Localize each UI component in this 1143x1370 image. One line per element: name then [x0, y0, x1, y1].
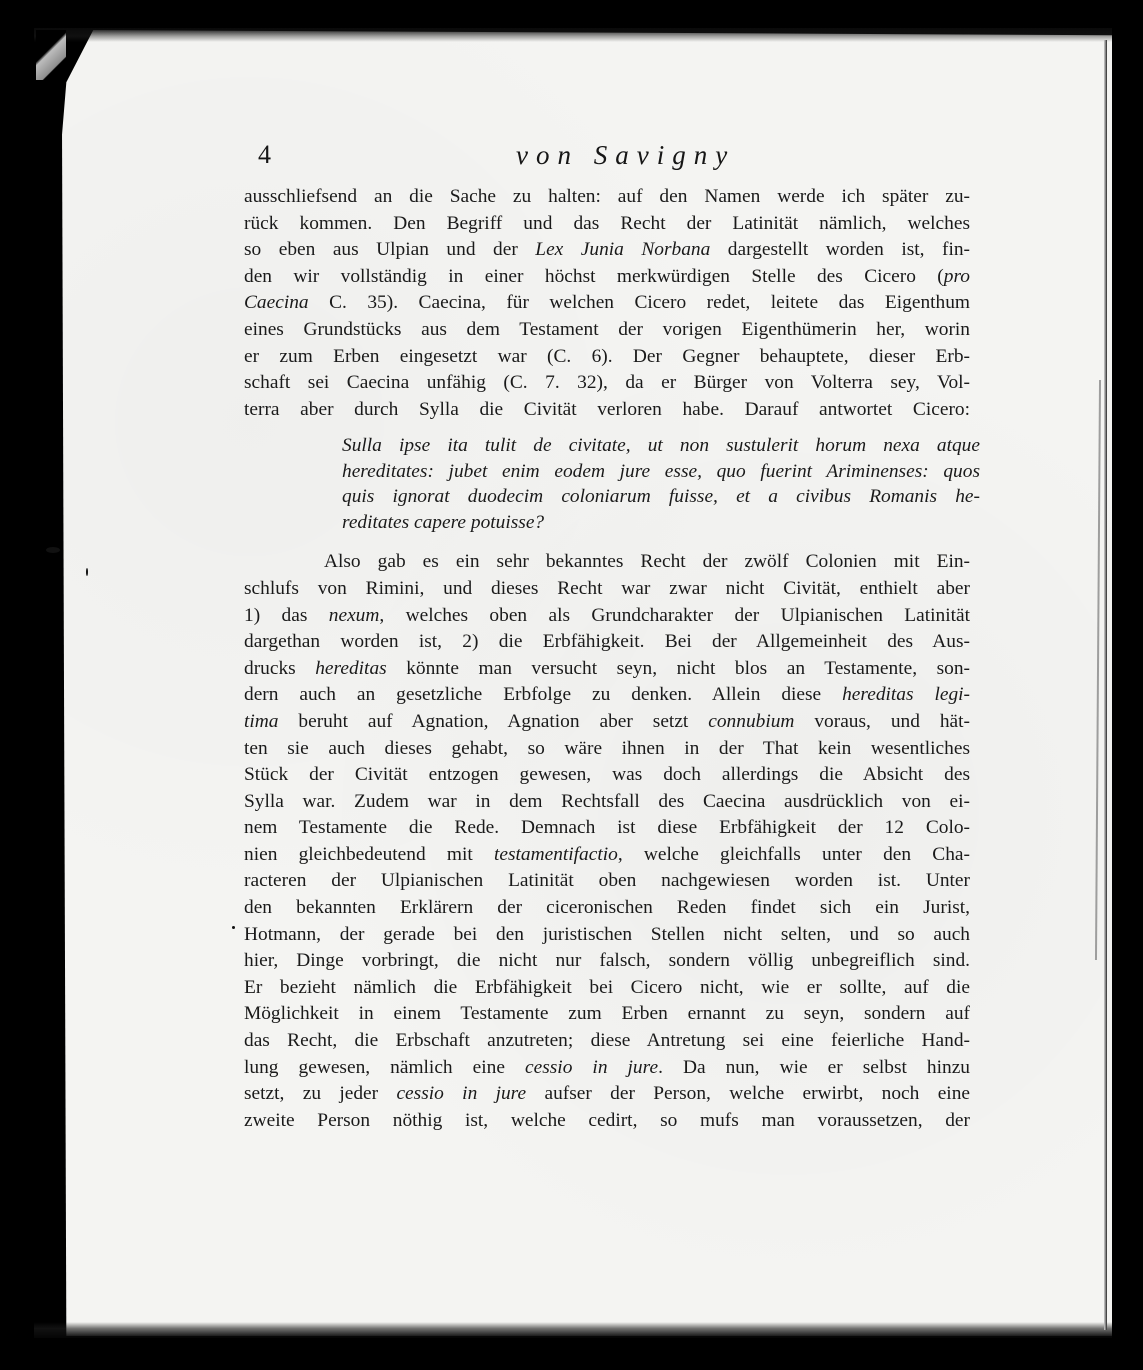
text-line: eines Grundstücks aus dem Testament der … [244, 317, 970, 344]
text-line: er zum Erben eingesetzt war (C. 6). Der … [244, 344, 970, 371]
page-right-edge [1104, 40, 1107, 1330]
text-line: reditates capere potuisse? [342, 510, 980, 536]
text-line: Caecina C. 35). Caecina, für welchen Cic… [244, 290, 970, 317]
text-line: ausschliefsend an die Sache zu halten: a… [244, 184, 970, 211]
ink-speck [86, 568, 88, 576]
text-line: nem Testamente die Rede. Demnach ist die… [244, 815, 970, 842]
text-line: Sylla war. Zudem war in dem Rechtsfall d… [244, 789, 970, 816]
running-head: von Savigny [516, 140, 735, 171]
text-line: so eben aus Ulpian und der Lex Junia Nor… [244, 237, 970, 264]
text-line: schaft sei Caecina unfähig (C. 7. 32), d… [244, 370, 970, 397]
ink-speck [232, 926, 235, 929]
text-line: tima beruht auf Agnation, Agnation aber … [244, 709, 970, 736]
latin-quotation: Sulla ipse ita tulit de civitate, ut non… [342, 433, 980, 535]
text-line: quis ignorat duodecim coloniarum fuisse,… [342, 484, 980, 510]
text-line: drucks hereditas könnte man versucht sey… [244, 656, 970, 683]
text-line: lung gewesen, nämlich eine cessio in jur… [244, 1055, 970, 1082]
text-line: dern auch an gesetzliche Erbfolge zu den… [244, 682, 970, 709]
text-line: hereditates: jubet enim eodem jure esse,… [342, 459, 980, 485]
text-line: zweite Person nöthig ist, welche cedirt,… [244, 1108, 970, 1135]
body-text: ausschliefsend an die Sache zu halten: a… [244, 184, 970, 1134]
text-line: terra aber durch Sylla die Civität verlo… [244, 397, 970, 424]
text-line: racteren der Ulpianischen Latinität oben… [244, 868, 970, 895]
text-line: ten sie auch dieses gehabt, so wäre ihne… [244, 736, 970, 763]
text-line: dargethan worden ist, 2) die Erbfähigkei… [244, 629, 970, 656]
text-line: nien gleichbedeutend mit testamentifacti… [244, 842, 970, 869]
page-top-shadow [34, 28, 1112, 42]
ink-blot [46, 547, 60, 553]
text-line: Sulla ipse ita tulit de civitate, ut non… [342, 433, 980, 459]
text-line: das Recht, die Erbschaft anzutreten; die… [244, 1028, 970, 1055]
text-line: Möglichkeit in einem Testamente zum Erbe… [244, 1001, 970, 1028]
text-line: den bekannten Erklärern der ciceronische… [244, 895, 970, 922]
paragraph-2: Also gab es ein sehr bekanntes Recht der… [244, 549, 970, 1134]
text-line: Hotmann, der gerade bei den juristischen… [244, 922, 970, 949]
paragraph-1: ausschliefsend an die Sache zu halten: a… [244, 184, 970, 423]
text-line: setzt, zu jeder cessio in jure aufser de… [244, 1081, 970, 1108]
text-line: hier, Dinge vorbringt, die nicht nur fal… [244, 948, 970, 975]
text-line: schlufs von Rimini, und dieses Recht war… [244, 576, 970, 603]
text-line: den wir vollständig in einer höchst merk… [244, 264, 970, 291]
text-line: Also gab es ein sehr bekanntes Recht der… [244, 549, 970, 576]
folded-corner [36, 30, 66, 80]
text-line: Er bezieht nämlich die Erbfähigkeit bei … [244, 975, 970, 1002]
page-header: 4 von Savigny [258, 140, 978, 174]
page-number: 4 [258, 140, 271, 170]
text-line: rück kommen. Den Begriff und das Recht d… [244, 211, 970, 238]
text-line: Stück der Civität entzogen gewesen, was … [244, 762, 970, 789]
text-line: 1) das nexum, welches oben als Grundchar… [244, 603, 970, 630]
page-bottom-shadow [34, 1322, 1112, 1338]
